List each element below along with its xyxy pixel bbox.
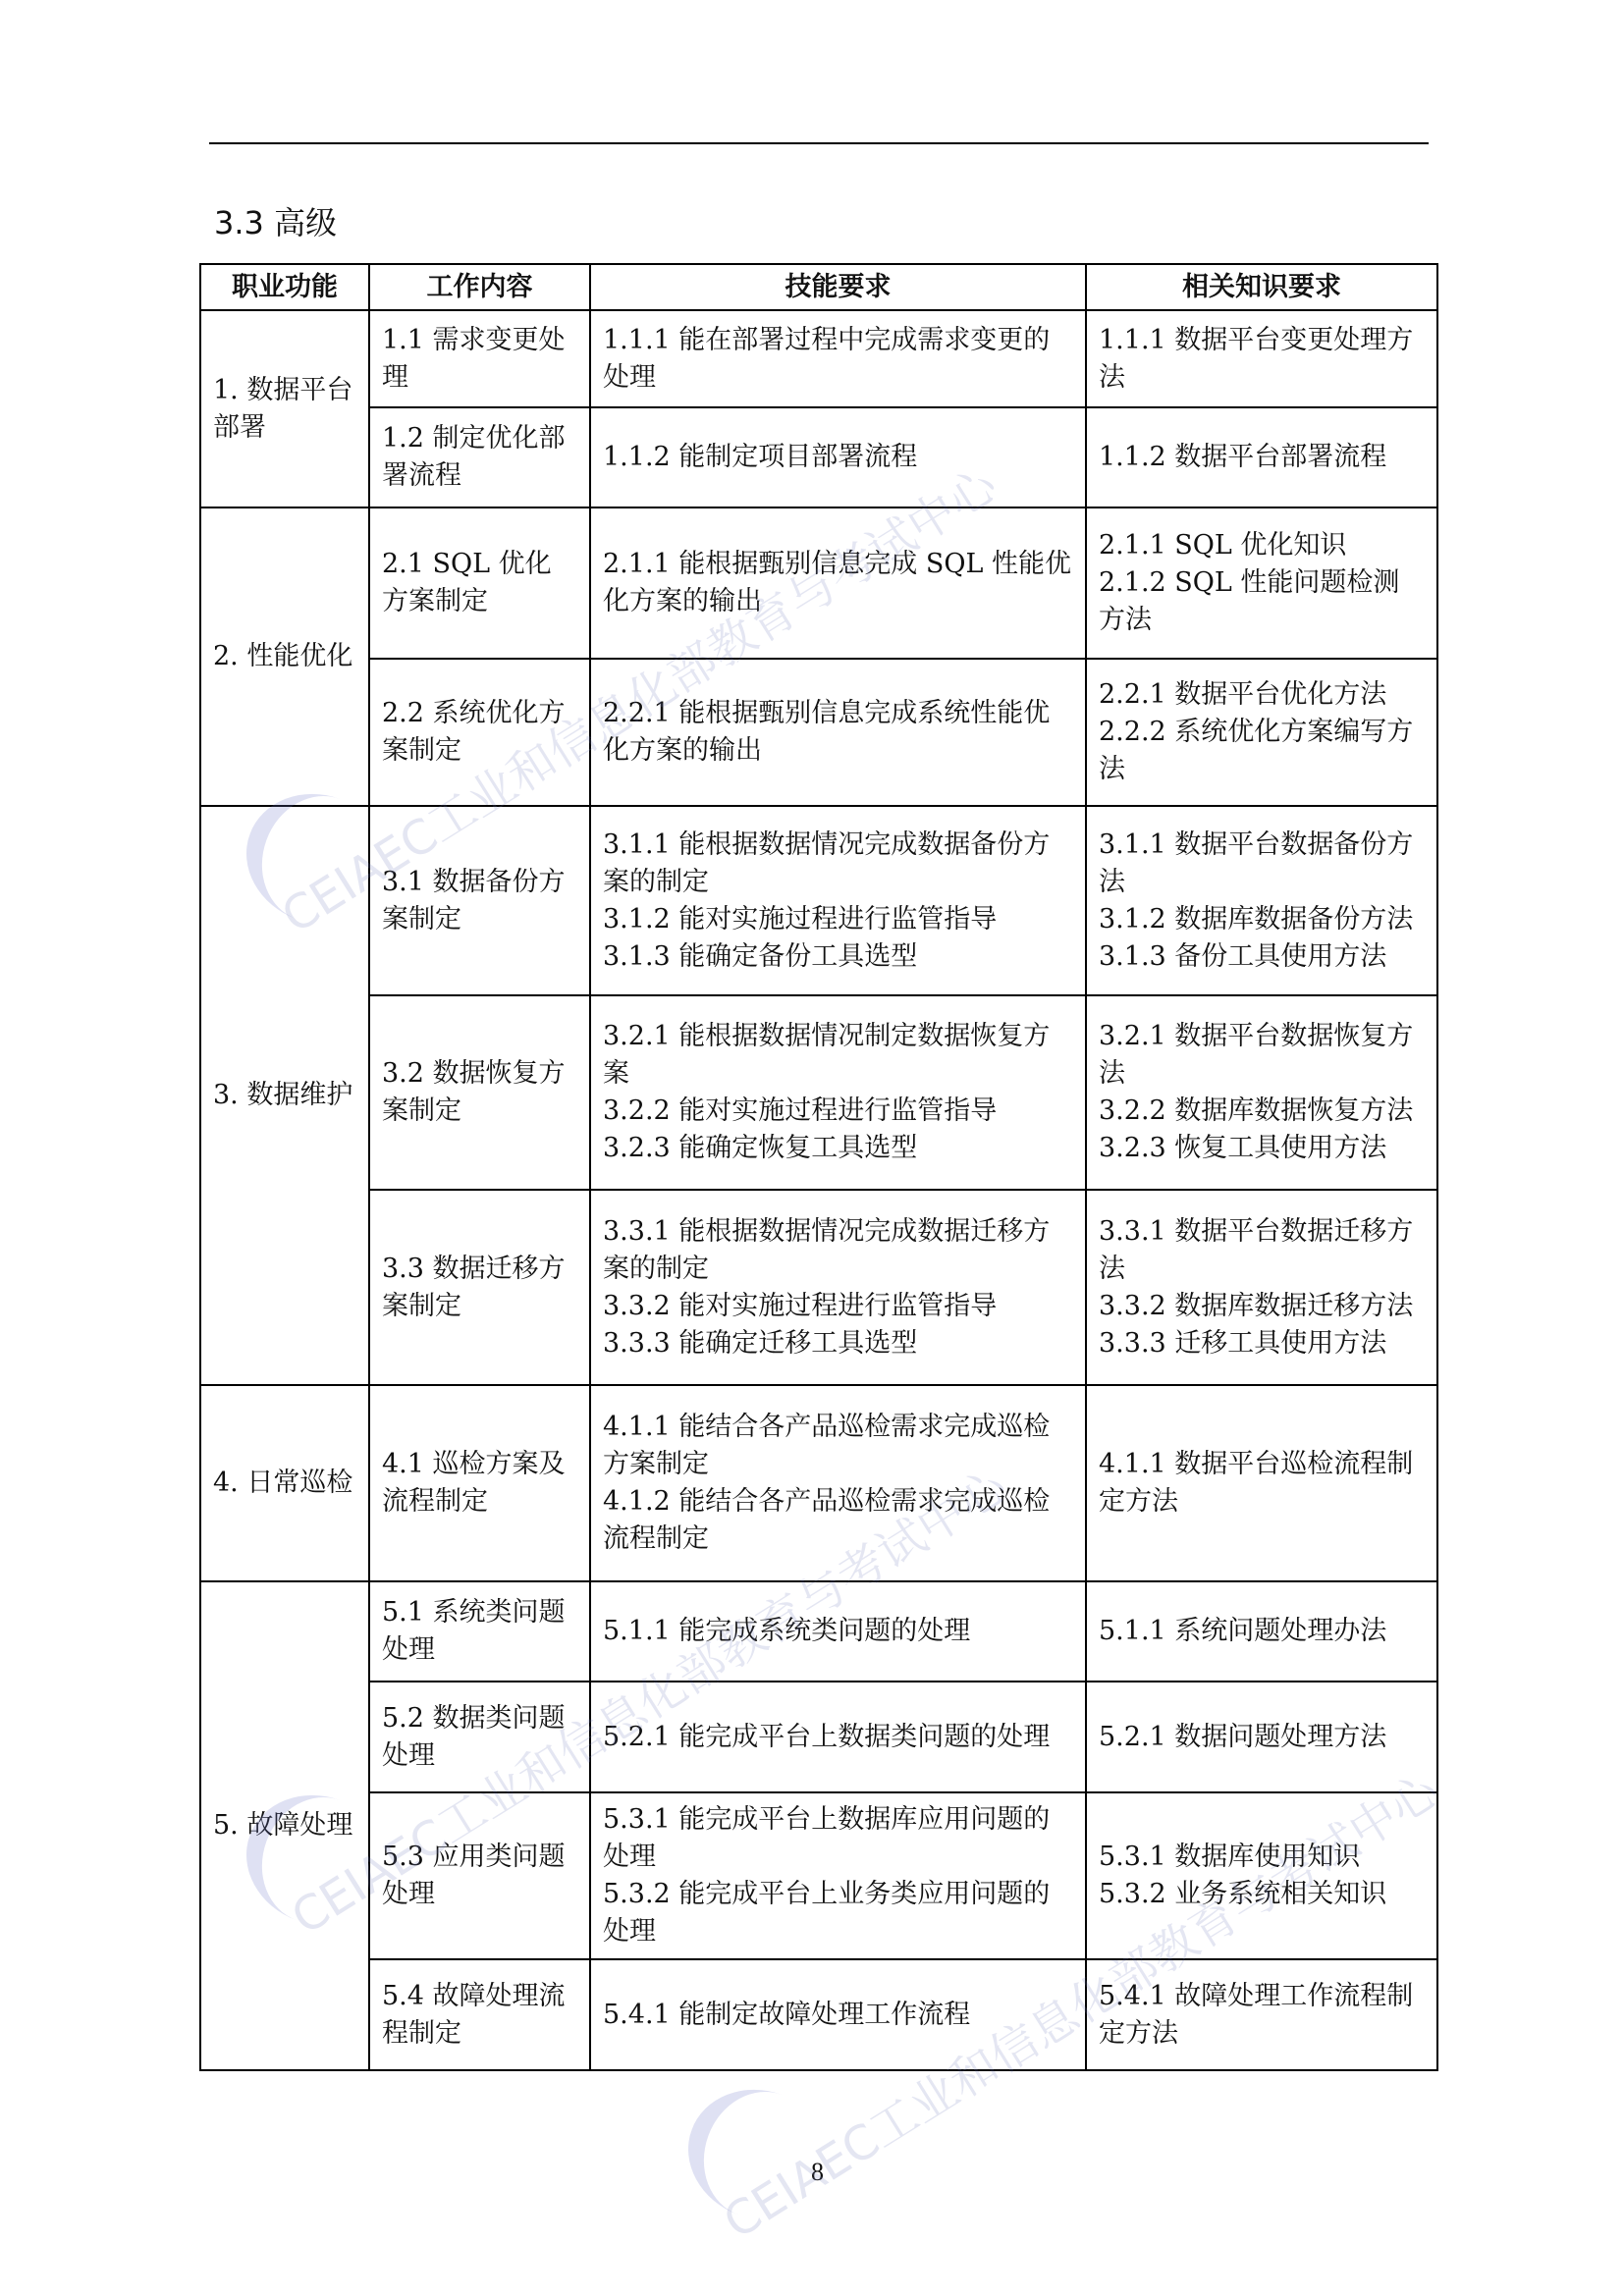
cell-knowledge: 2.2.1 数据平台优化方法2.2.2 系统优化方案编写方法 — [1086, 659, 1437, 806]
skills-item: 2.1.1 能根据甄别信息完成 SQL 性能优化方案的输出 — [603, 546, 1073, 620]
header-rule — [209, 142, 1429, 144]
skills-item: 4.1.2 能结合各产品巡检需求完成巡检流程制定 — [603, 1483, 1073, 1558]
page-number: 8 — [811, 2158, 824, 2187]
cell-content: 5.2 数据类问题处理 — [369, 1682, 590, 1792]
table-row: 5.3 应用类问题处理5.3.1 能完成平台上数据库应用问题的处理5.3.2 能… — [200, 1792, 1437, 1959]
skills-item: 5.2.1 能完成平台上数据类问题的处理 — [603, 1719, 1073, 1756]
table-header-row: 职业功能 工作内容 技能要求 相关知识要求 — [200, 264, 1437, 310]
cell-content: 5.1 系统类问题处理 — [369, 1581, 590, 1682]
cell-skills: 2.1.1 能根据甄别信息完成 SQL 性能优化方案的输出 — [590, 507, 1086, 659]
cell-knowledge: 1.1.1 数据平台变更处理方法 — [1086, 310, 1437, 407]
knowledge-item: 3.3.1 数据平台数据迁移方法 — [1099, 1213, 1425, 1288]
table-row: 1. 数据平台部署1.1 需求变更处理1.1.1 能在部署过程中完成需求变更的处… — [200, 310, 1437, 407]
cell-function: 2. 性能优化 — [200, 507, 369, 806]
cell-skills: 5.1.1 能完成系统类问题的处理 — [590, 1581, 1086, 1682]
table-row: 5.2 数据类问题处理5.2.1 能完成平台上数据类问题的处理5.2.1 数据问… — [200, 1682, 1437, 1792]
skills-item: 3.3.1 能根据数据情况完成数据迁移方案的制定 — [603, 1213, 1073, 1288]
table-row: 3.3 数据迁移方案制定3.3.1 能根据数据情况完成数据迁移方案的制定3.3.… — [200, 1190, 1437, 1385]
knowledge-item: 1.1.2 数据平台部署流程 — [1099, 439, 1425, 476]
skills-item: 3.1.2 能对实施过程进行监管指导 — [603, 901, 1073, 938]
skills-item: 5.4.1 能制定故障处理工作流程 — [603, 1997, 1073, 2034]
knowledge-item: 2.1.1 SQL 优化知识 — [1099, 527, 1425, 564]
cell-knowledge: 5.3.1 数据库使用知识5.3.2 业务系统相关知识 — [1086, 1792, 1437, 1959]
knowledge-item: 5.1.1 系统问题处理办法 — [1099, 1613, 1425, 1650]
cell-content: 1.1 需求变更处理 — [369, 310, 590, 407]
skills-item: 3.2.2 能对实施过程进行监管指导 — [603, 1093, 1073, 1130]
skills-item: 1.1.2 能制定项目部署流程 — [603, 439, 1073, 476]
knowledge-item: 3.3.3 迁移工具使用方法 — [1099, 1325, 1425, 1362]
cell-skills: 3.1.1 能根据数据情况完成数据备份方案的制定3.1.2 能对实施过程进行监管… — [590, 806, 1086, 995]
knowledge-item: 3.3.2 数据库数据迁移方法 — [1099, 1288, 1425, 1325]
knowledge-item: 3.2.2 数据库数据恢复方法 — [1099, 1093, 1425, 1130]
cell-knowledge: 5.4.1 故障处理工作流程制定方法 — [1086, 1959, 1437, 2070]
cell-content: 3.2 数据恢复方案制定 — [369, 995, 590, 1190]
knowledge-item: 5.3.1 数据库使用知识 — [1099, 1839, 1425, 1876]
header-skills: 技能要求 — [590, 264, 1086, 310]
cell-skills: 3.3.1 能根据数据情况完成数据迁移方案的制定3.3.2 能对实施过程进行监管… — [590, 1190, 1086, 1385]
cell-knowledge: 3.2.1 数据平台数据恢复方法3.2.2 数据库数据恢复方法3.2.3 恢复工… — [1086, 995, 1437, 1190]
cell-content: 2.1 SQL 优化方案制定 — [369, 507, 590, 659]
knowledge-item: 3.2.3 恢复工具使用方法 — [1099, 1130, 1425, 1167]
cell-content: 3.3 数据迁移方案制定 — [369, 1190, 590, 1385]
cell-function: 5. 故障处理 — [200, 1581, 369, 2070]
cell-skills: 5.2.1 能完成平台上数据类问题的处理 — [590, 1682, 1086, 1792]
cell-skills: 5.3.1 能完成平台上数据库应用问题的处理5.3.2 能完成平台上业务类应用问… — [590, 1792, 1086, 1959]
knowledge-item: 3.1.1 数据平台数据备份方法 — [1099, 827, 1425, 901]
table-row: 5. 故障处理5.1 系统类问题处理5.1.1 能完成系统类问题的处理5.1.1… — [200, 1581, 1437, 1682]
knowledge-item: 1.1.1 数据平台变更处理方法 — [1099, 322, 1425, 397]
table-body: 1. 数据平台部署1.1 需求变更处理1.1.1 能在部署过程中完成需求变更的处… — [200, 310, 1437, 2070]
knowledge-item: 5.4.1 故障处理工作流程制定方法 — [1099, 1978, 1425, 2053]
skills-item: 2.2.1 能根据甄别信息完成系统性能优化方案的输出 — [603, 695, 1073, 770]
skills-item: 3.2.1 能根据数据情况制定数据恢复方案 — [603, 1018, 1073, 1093]
skills-item: 3.3.2 能对实施过程进行监管指导 — [603, 1288, 1073, 1325]
table-row: 3.2 数据恢复方案制定3.2.1 能根据数据情况制定数据恢复方案3.2.2 能… — [200, 995, 1437, 1190]
table-row: 1.2 制定优化部署流程1.1.2 能制定项目部署流程1.1.2 数据平台部署流… — [200, 407, 1437, 507]
knowledge-item: 2.1.2 SQL 性能问题检测方法 — [1099, 564, 1425, 639]
watermark-logo-icon — [670, 2070, 850, 2240]
skills-item: 1.1.1 能在部署过程中完成需求变更的处理 — [603, 322, 1073, 397]
skills-item: 5.1.1 能完成系统类问题的处理 — [603, 1613, 1073, 1650]
knowledge-item: 5.3.2 业务系统相关知识 — [1099, 1876, 1425, 1913]
skills-item: 5.3.1 能完成平台上数据库应用问题的处理 — [603, 1801, 1073, 1876]
skills-item: 5.3.2 能完成平台上业务类应用问题的处理 — [603, 1876, 1073, 1950]
cell-content: 3.1 数据备份方案制定 — [369, 806, 590, 995]
cell-skills: 1.1.1 能在部署过程中完成需求变更的处理 — [590, 310, 1086, 407]
knowledge-item: 2.2.1 数据平台优化方法 — [1099, 676, 1425, 714]
table-row: 3. 数据维护3.1 数据备份方案制定3.1.1 能根据数据情况完成数据备份方案… — [200, 806, 1437, 995]
table-row: 4. 日常巡检4.1 巡检方案及流程制定4.1.1 能结合各产品巡检需求完成巡检… — [200, 1385, 1437, 1581]
cell-knowledge: 5.2.1 数据问题处理方法 — [1086, 1682, 1437, 1792]
cell-content: 5.4 故障处理流程制定 — [369, 1959, 590, 2070]
cell-content: 2.2 系统优化方案制定 — [369, 659, 590, 806]
cell-knowledge: 2.1.1 SQL 优化知识2.1.2 SQL 性能问题检测方法 — [1086, 507, 1437, 659]
header-content: 工作内容 — [369, 264, 590, 310]
table-row: 5.4 故障处理流程制定5.4.1 能制定故障处理工作流程5.4.1 故障处理工… — [200, 1959, 1437, 2070]
cell-knowledge: 3.1.1 数据平台数据备份方法3.1.2 数据库数据备份方法3.1.3 备份工… — [1086, 806, 1437, 995]
cell-knowledge: 5.1.1 系统问题处理办法 — [1086, 1581, 1437, 1682]
knowledge-item: 5.2.1 数据问题处理方法 — [1099, 1719, 1425, 1756]
knowledge-item: 3.1.2 数据库数据备份方法 — [1099, 901, 1425, 938]
knowledge-item: 4.1.1 数据平台巡检流程制定方法 — [1099, 1446, 1425, 1521]
header-function: 职业功能 — [200, 264, 369, 310]
cell-skills: 2.2.1 能根据甄别信息完成系统性能优化方案的输出 — [590, 659, 1086, 806]
knowledge-item: 2.2.2 系统优化方案编写方法 — [1099, 714, 1425, 788]
cell-function: 4. 日常巡检 — [200, 1385, 369, 1581]
cell-knowledge: 3.3.1 数据平台数据迁移方法3.3.2 数据库数据迁移方法3.3.3 迁移工… — [1086, 1190, 1437, 1385]
section-title: 3.3 高级 — [214, 198, 337, 243]
cell-knowledge: 1.1.2 数据平台部署流程 — [1086, 407, 1437, 507]
skills-item: 3.3.3 能确定迁移工具选型 — [603, 1325, 1073, 1362]
cell-function: 1. 数据平台部署 — [200, 310, 369, 507]
skills-item: 3.2.3 能确定恢复工具选型 — [603, 1130, 1073, 1167]
skills-item: 3.1.3 能确定备份工具选型 — [603, 938, 1073, 976]
cell-content: 4.1 巡检方案及流程制定 — [369, 1385, 590, 1581]
cell-content: 1.2 制定优化部署流程 — [369, 407, 590, 507]
knowledge-item: 3.2.1 数据平台数据恢复方法 — [1099, 1018, 1425, 1093]
cell-skills: 4.1.1 能结合各产品巡检需求完成巡检方案制定4.1.2 能结合各产品巡检需求… — [590, 1385, 1086, 1581]
knowledge-item: 3.1.3 备份工具使用方法 — [1099, 938, 1425, 976]
cell-skills: 3.2.1 能根据数据情况制定数据恢复方案3.2.2 能对实施过程进行监管指导3… — [590, 995, 1086, 1190]
cell-function: 3. 数据维护 — [200, 806, 369, 1385]
requirements-table: 职业功能 工作内容 技能要求 相关知识要求 1. 数据平台部署1.1 需求变更处… — [199, 263, 1438, 2071]
cell-knowledge: 4.1.1 数据平台巡检流程制定方法 — [1086, 1385, 1437, 1581]
skills-item: 3.1.1 能根据数据情况完成数据备份方案的制定 — [603, 827, 1073, 901]
table-row: 2. 性能优化2.1 SQL 优化方案制定2.1.1 能根据甄别信息完成 SQL… — [200, 507, 1437, 659]
header-knowledge: 相关知识要求 — [1086, 264, 1437, 310]
cell-skills: 1.1.2 能制定项目部署流程 — [590, 407, 1086, 507]
cell-skills: 5.4.1 能制定故障处理工作流程 — [590, 1959, 1086, 2070]
table-row: 2.2 系统优化方案制定2.2.1 能根据甄别信息完成系统性能优化方案的输出2.… — [200, 659, 1437, 806]
cell-content: 5.3 应用类问题处理 — [369, 1792, 590, 1959]
skills-item: 4.1.1 能结合各产品巡检需求完成巡检方案制定 — [603, 1409, 1073, 1483]
